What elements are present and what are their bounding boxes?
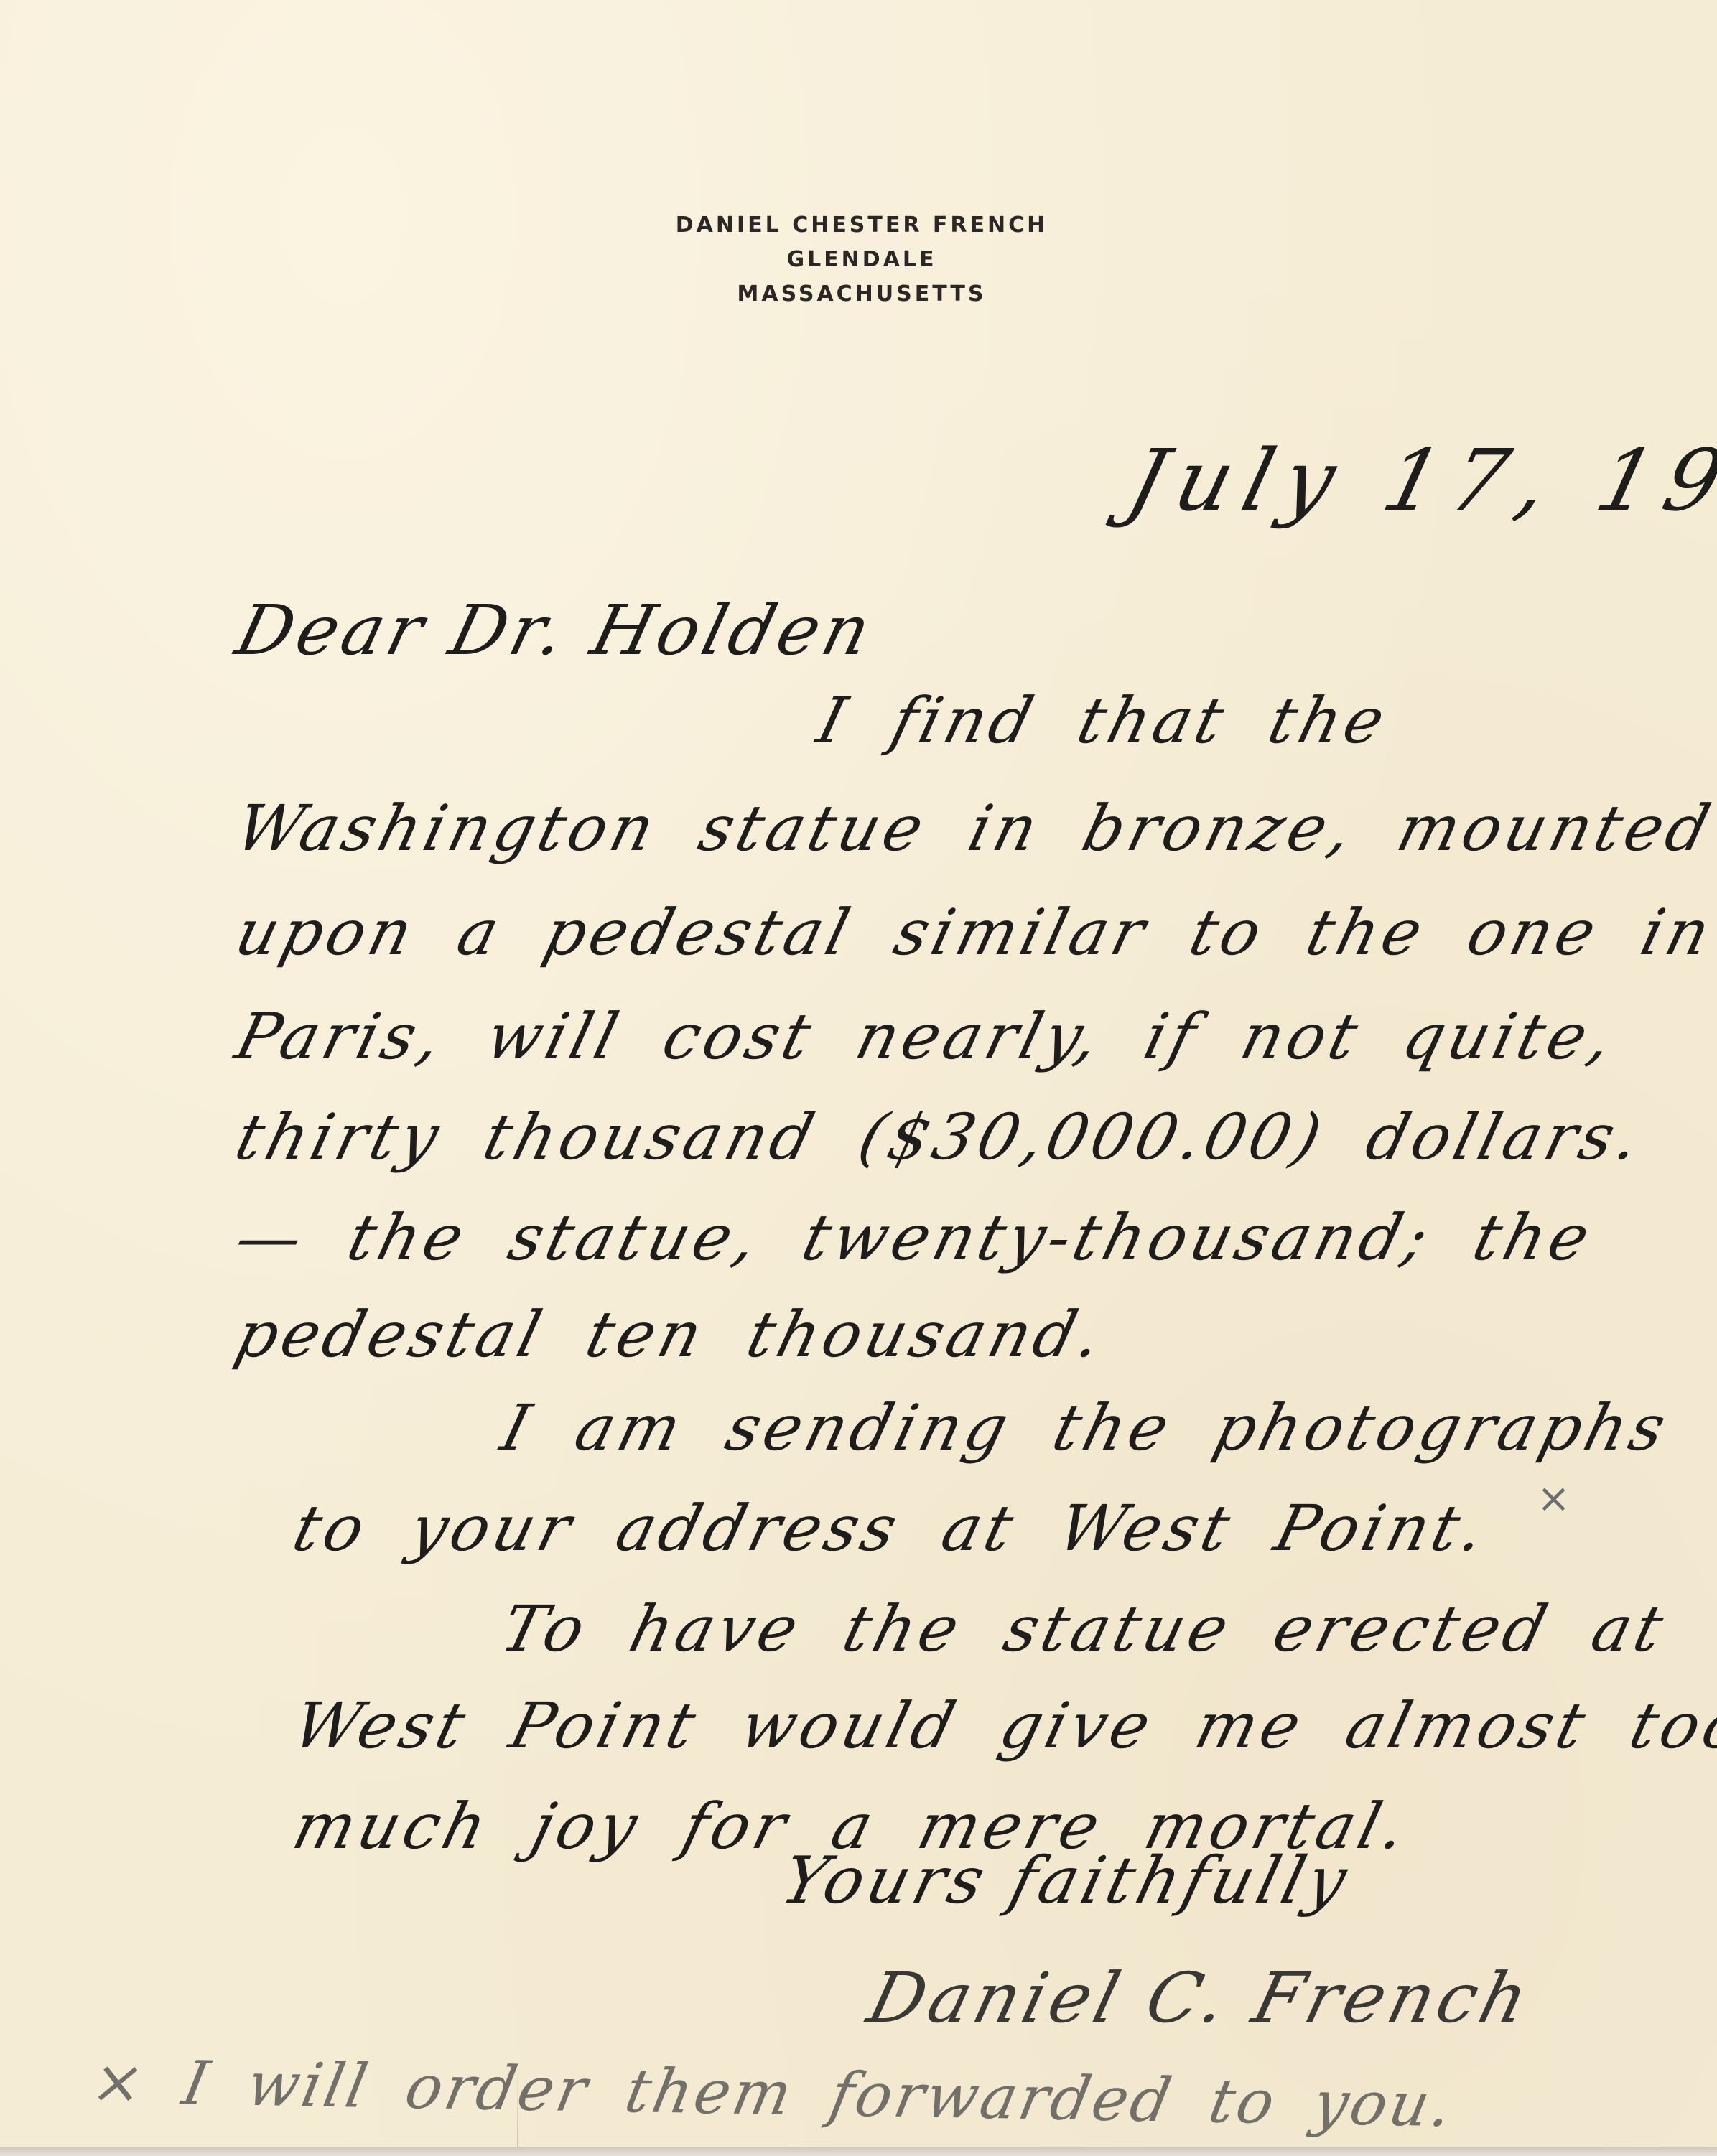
body-line: pedestal ten thousand. xyxy=(230,1303,1112,1366)
margin-cross-mark: × xyxy=(1537,1475,1571,1522)
body-line: To have the statue erected at xyxy=(495,1597,1673,1661)
letterhead-state: MASSACHUSETTS xyxy=(632,277,1092,312)
body-line: I find that the xyxy=(811,689,1395,752)
body-line: I am sending the photographs xyxy=(495,1396,1675,1460)
body-line: West Point would give me almost too xyxy=(287,1694,1717,1758)
body-line: Paris, will cost nearly, if not quite, xyxy=(230,1005,1622,1068)
body-line: thirty thousand ($30,000.00) dollars. xyxy=(230,1106,1649,1169)
body-line: Washington statue in bronze, mounted xyxy=(230,797,1717,860)
scan-bottom-edge xyxy=(0,2147,1717,2156)
body-line: to your address at West Point. xyxy=(287,1497,1495,1560)
body-line: — the statue, twenty-thousand; the xyxy=(230,1206,1599,1269)
closing: Yours faithfully xyxy=(776,1849,1357,1913)
letterhead: DANIEL CHESTER FRENCH GLENDALE MASSACHUS… xyxy=(632,208,1092,312)
body-line: upon a pedestal similar to the one in xyxy=(230,901,1717,964)
signature: Daniel C. French xyxy=(862,1964,1538,2033)
salutation: Dear Dr. Holden xyxy=(230,596,881,665)
letterhead-name: DANIEL CHESTER FRENCH xyxy=(632,208,1092,243)
letterhead-town: GLENDALE xyxy=(632,243,1092,277)
letter-date: July 17, 1902 xyxy=(1120,438,1717,523)
